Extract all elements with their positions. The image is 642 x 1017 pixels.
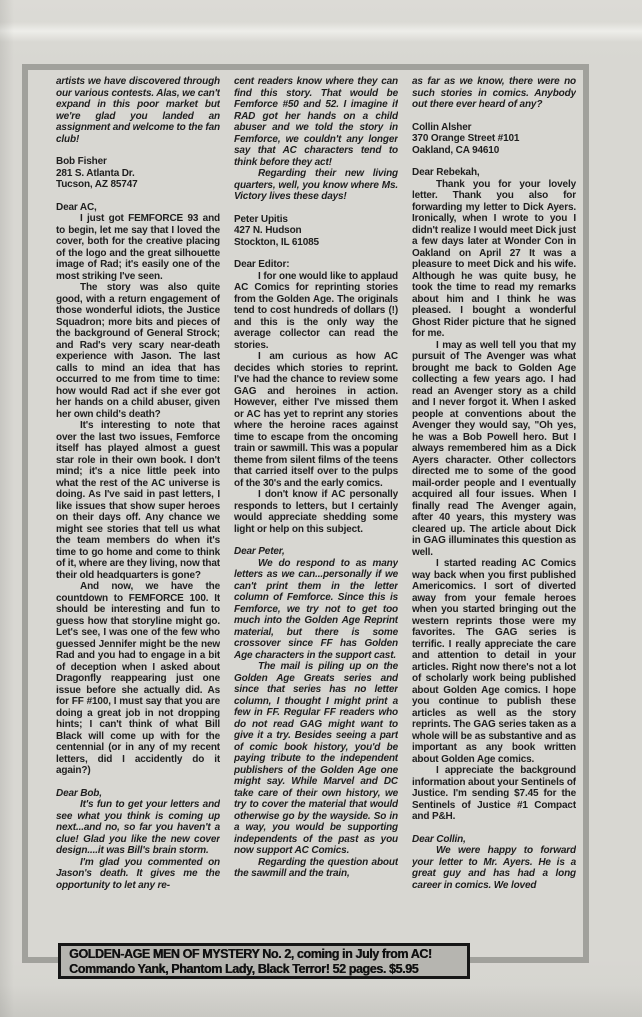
paragraph: I don't know if AC personally responds t… <box>234 489 398 535</box>
salutation: Dear Rebekah, <box>412 167 576 179</box>
paragraph: I may as well tell you that my pursuit o… <box>412 340 576 559</box>
salutation: Dear Bob, <box>56 788 220 800</box>
text-column-3: as far as we know, there were no such st… <box>412 76 576 938</box>
address-line: Oakland, CA 94610 <box>412 145 576 157</box>
paragraph-gap <box>234 535 398 546</box>
salutation: Dear Peter, <box>234 546 398 558</box>
salutation: Dear Editor: <box>234 259 398 271</box>
paragraph: as far as we know, there were no such st… <box>412 76 576 111</box>
paragraph-gap <box>234 248 398 259</box>
paragraph: It's fun to get your letters and see wha… <box>56 799 220 857</box>
scan-edge-shadow-bottom <box>0 985 642 1017</box>
promo-banner-line1: GOLDEN-AGE MEN OF MYSTERY No. 2, coming … <box>69 947 461 962</box>
paragraph: We were happy to forward your letter to … <box>412 845 576 891</box>
salutation: Dear AC, <box>56 202 220 214</box>
paragraph: I for one would like to applaud AC Comic… <box>234 271 398 352</box>
paragraph: Thank you for your lovely letter. Thank … <box>412 179 576 340</box>
address-line: Collin Alsher <box>412 122 576 134</box>
paragraph-gap <box>412 111 576 122</box>
salutation: Dear Collin, <box>412 834 576 846</box>
paragraph: Regarding their new living quarters, wel… <box>234 168 398 203</box>
columns: artists we have discovered through our v… <box>56 76 576 938</box>
address-line: Peter Upitis <box>234 214 398 226</box>
paragraph: cent readers know where they can find th… <box>234 76 398 168</box>
scan-light-band <box>0 22 642 42</box>
paragraph-gap <box>234 203 398 214</box>
paragraph: I started reading AC Comics way back whe… <box>412 558 576 765</box>
paragraph-gap <box>412 156 576 167</box>
scan-edge-shadow-left <box>0 0 14 1017</box>
paragraph-gap <box>56 191 220 202</box>
paragraph: And now, we have the countdown to FEMFOR… <box>56 581 220 777</box>
address-line: Tucson, AZ 85747 <box>56 179 220 191</box>
paragraph: I just got FEMFORCE 93 and to begin, let… <box>56 213 220 282</box>
address-line: 370 Orange Street #101 <box>412 133 576 145</box>
address-line: 281 S. Atlanta Dr. <box>56 168 220 180</box>
paragraph: I'm glad you commented on Jason's death.… <box>56 857 220 892</box>
address-line: Bob Fisher <box>56 156 220 168</box>
text-column-1: artists we have discovered through our v… <box>56 76 220 938</box>
paragraph-gap <box>56 777 220 788</box>
paragraph: The story was also quite good, with a re… <box>56 282 220 420</box>
paragraph: I am curious as how AC decides which sto… <box>234 351 398 489</box>
address-line: 427 N. Hudson <box>234 225 398 237</box>
paragraph: artists we have discovered through our v… <box>56 76 220 145</box>
paragraph: It's interesting to note that over the l… <box>56 420 220 581</box>
promo-banner: GOLDEN-AGE MEN OF MYSTERY No. 2, coming … <box>58 943 470 979</box>
paragraph: Regarding the question about the sawmill… <box>234 857 398 880</box>
paragraph: We do respond to as many letters as we c… <box>234 558 398 662</box>
promo-banner-line2: Commando Yank, Phantom Lady, Black Terro… <box>69 962 461 977</box>
paragraph: The mail is piling up on the Golden Age … <box>234 661 398 857</box>
address-line: Stockton, IL 61085 <box>234 237 398 249</box>
text-column-2: cent readers know where they can find th… <box>234 76 398 938</box>
paragraph-gap <box>412 823 576 834</box>
paragraph: I appreciate the background information … <box>412 765 576 823</box>
paragraph-gap <box>56 145 220 156</box>
letters-page: artists we have discovered through our v… <box>0 0 642 1017</box>
